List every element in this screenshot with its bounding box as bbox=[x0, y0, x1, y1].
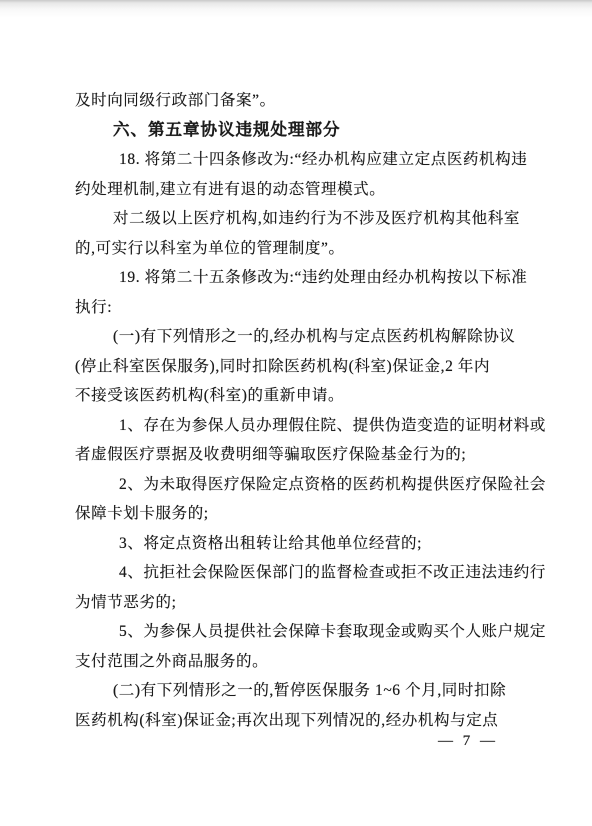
text-line: 1、存在为参保人员办理假住院、提供伪造变造的证明材料或 bbox=[75, 411, 523, 441]
text-line: 的,可实行以科室为单位的管理制度”。 bbox=[75, 234, 523, 264]
text-line: 保障卡划卡服务的; bbox=[75, 499, 523, 529]
text-line: 不接受该医药机构(科室)的重新申请。 bbox=[75, 381, 523, 411]
text-line: 19. 将第二十五条修改为:“违约处理由经办机构按以下标准 bbox=[75, 263, 523, 293]
text-line: 对二级以上医疗机构,如违约行为不涉及医疗机构其他科室 bbox=[75, 204, 523, 234]
text-line: 及时向同级行政部门备案”。 bbox=[75, 86, 523, 116]
section-heading: 六、第五章协议违规处理部分 bbox=[75, 116, 523, 146]
text-line: (二)有下列情形之一的,暂停医保服务 1~6 个月,同时扣除 bbox=[75, 676, 523, 706]
text-line: 支付范围之外商品服务的。 bbox=[75, 647, 523, 677]
text-line: 执行: bbox=[75, 293, 523, 323]
text-line: 为情节恶劣的; bbox=[75, 588, 523, 618]
text-line: 约处理机制,建立有进有退的动态管理模式。 bbox=[75, 175, 523, 205]
document-body: 及时向同级行政部门备案”。 六、第五章协议违规处理部分 18. 将第二十四条修改… bbox=[75, 86, 523, 735]
text-line: (一)有下列情形之一的,经办机构与定点医药机构解除协议 bbox=[75, 322, 523, 352]
text-line: 者虚假医疗票据及收费明细等骗取医疗保险基金行为的; bbox=[75, 440, 523, 470]
text-line: 3、将定点资格出租转让给其他单位经营的; bbox=[75, 529, 523, 559]
document-page: 及时向同级行政部门备案”。 六、第五章协议违规处理部分 18. 将第二十四条修改… bbox=[0, 0, 592, 826]
text-line: 4、抗拒社会保险医保部门的监督检查或拒不改正违法违约行 bbox=[75, 558, 523, 588]
page-number: — 7 — bbox=[438, 733, 498, 750]
text-line: 医药机构(科室)保证金;再次出现下列情况的,经办机构与定点 bbox=[75, 706, 523, 736]
text-line: 18. 将第二十四条修改为:“经办机构应建立定点医药机构违 bbox=[75, 145, 523, 175]
text-line: 5、为参保人员提供社会保障卡套取现金或购买个人账户规定 bbox=[75, 617, 523, 647]
text-line: 2、为未取得医疗保险定点资格的医药机构提供医疗保险社会 bbox=[75, 470, 523, 500]
text-line: (停止科室医保服务),同时扣除医药机构(科室)保证金,2 年内 bbox=[75, 352, 523, 382]
